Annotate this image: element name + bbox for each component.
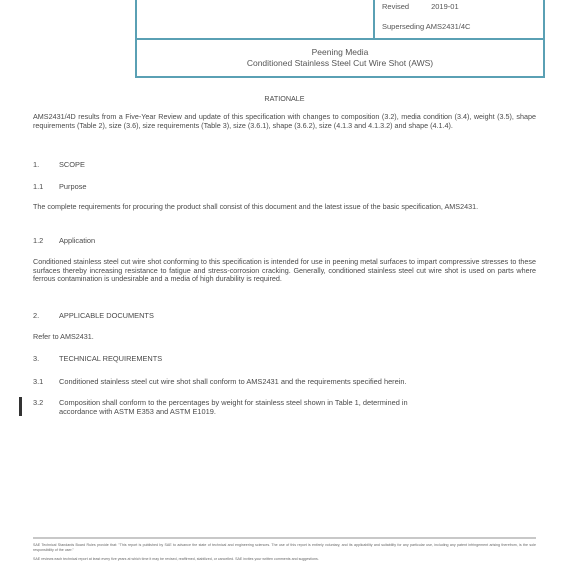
rationale-heading: RATIONALE xyxy=(33,95,536,104)
superseding-label: Superseding xyxy=(382,22,424,31)
footer-paragraph-1: SAE Technical Standards Board Rules prov… xyxy=(33,543,536,552)
revised-label: Revised xyxy=(382,2,429,11)
section-3-heading: 3.TECHNICAL REQUIREMENTS xyxy=(33,354,162,363)
section-3-1: 3.1Conditioned stainless steel cut wire … xyxy=(33,377,407,386)
header-left-cell xyxy=(137,0,375,38)
title-line-1: Peening Media xyxy=(137,47,543,58)
title-line-2: Conditioned Stainless Steel Cut Wire Sho… xyxy=(137,58,543,69)
section-2-heading: 2.APPLICABLE DOCUMENTS xyxy=(33,311,154,320)
section-2-text: Refer to AMS2431. xyxy=(33,333,536,342)
section-1-2-heading: 1.2Application xyxy=(33,236,95,245)
section-3-2: 3.2Composition shall conform to the perc… xyxy=(33,398,408,407)
section-1-2-text: Conditioned stainless steel cut wire sho… xyxy=(33,258,536,284)
document-header-table: Revised 2019-01 Superseding AMS2431/4C P… xyxy=(135,0,545,78)
footer-paragraph-2: SAE reviews each technical report at lea… xyxy=(33,557,536,562)
revised-value: 2019-01 xyxy=(431,2,459,11)
document-title: Peening Media Conditioned Stainless Stee… xyxy=(137,40,543,76)
section-1-1-heading: 1.1Purpose xyxy=(33,182,87,191)
section-3-2-cont: accordance with ASTM E353 and ASTM E1019… xyxy=(59,407,216,416)
section-1-heading: 1.SCOPE xyxy=(33,160,85,169)
header-revision-cell: Revised 2019-01 Superseding AMS2431/4C xyxy=(375,0,543,38)
section-1-1-text: The complete requirements for procuring … xyxy=(33,203,536,212)
rationale-text: AMS2431/4D results from a Five-Year Revi… xyxy=(33,113,536,130)
footer-divider xyxy=(33,537,536,539)
revision-change-bar xyxy=(19,397,22,416)
superseding-value: AMS2431/4C xyxy=(426,22,471,31)
